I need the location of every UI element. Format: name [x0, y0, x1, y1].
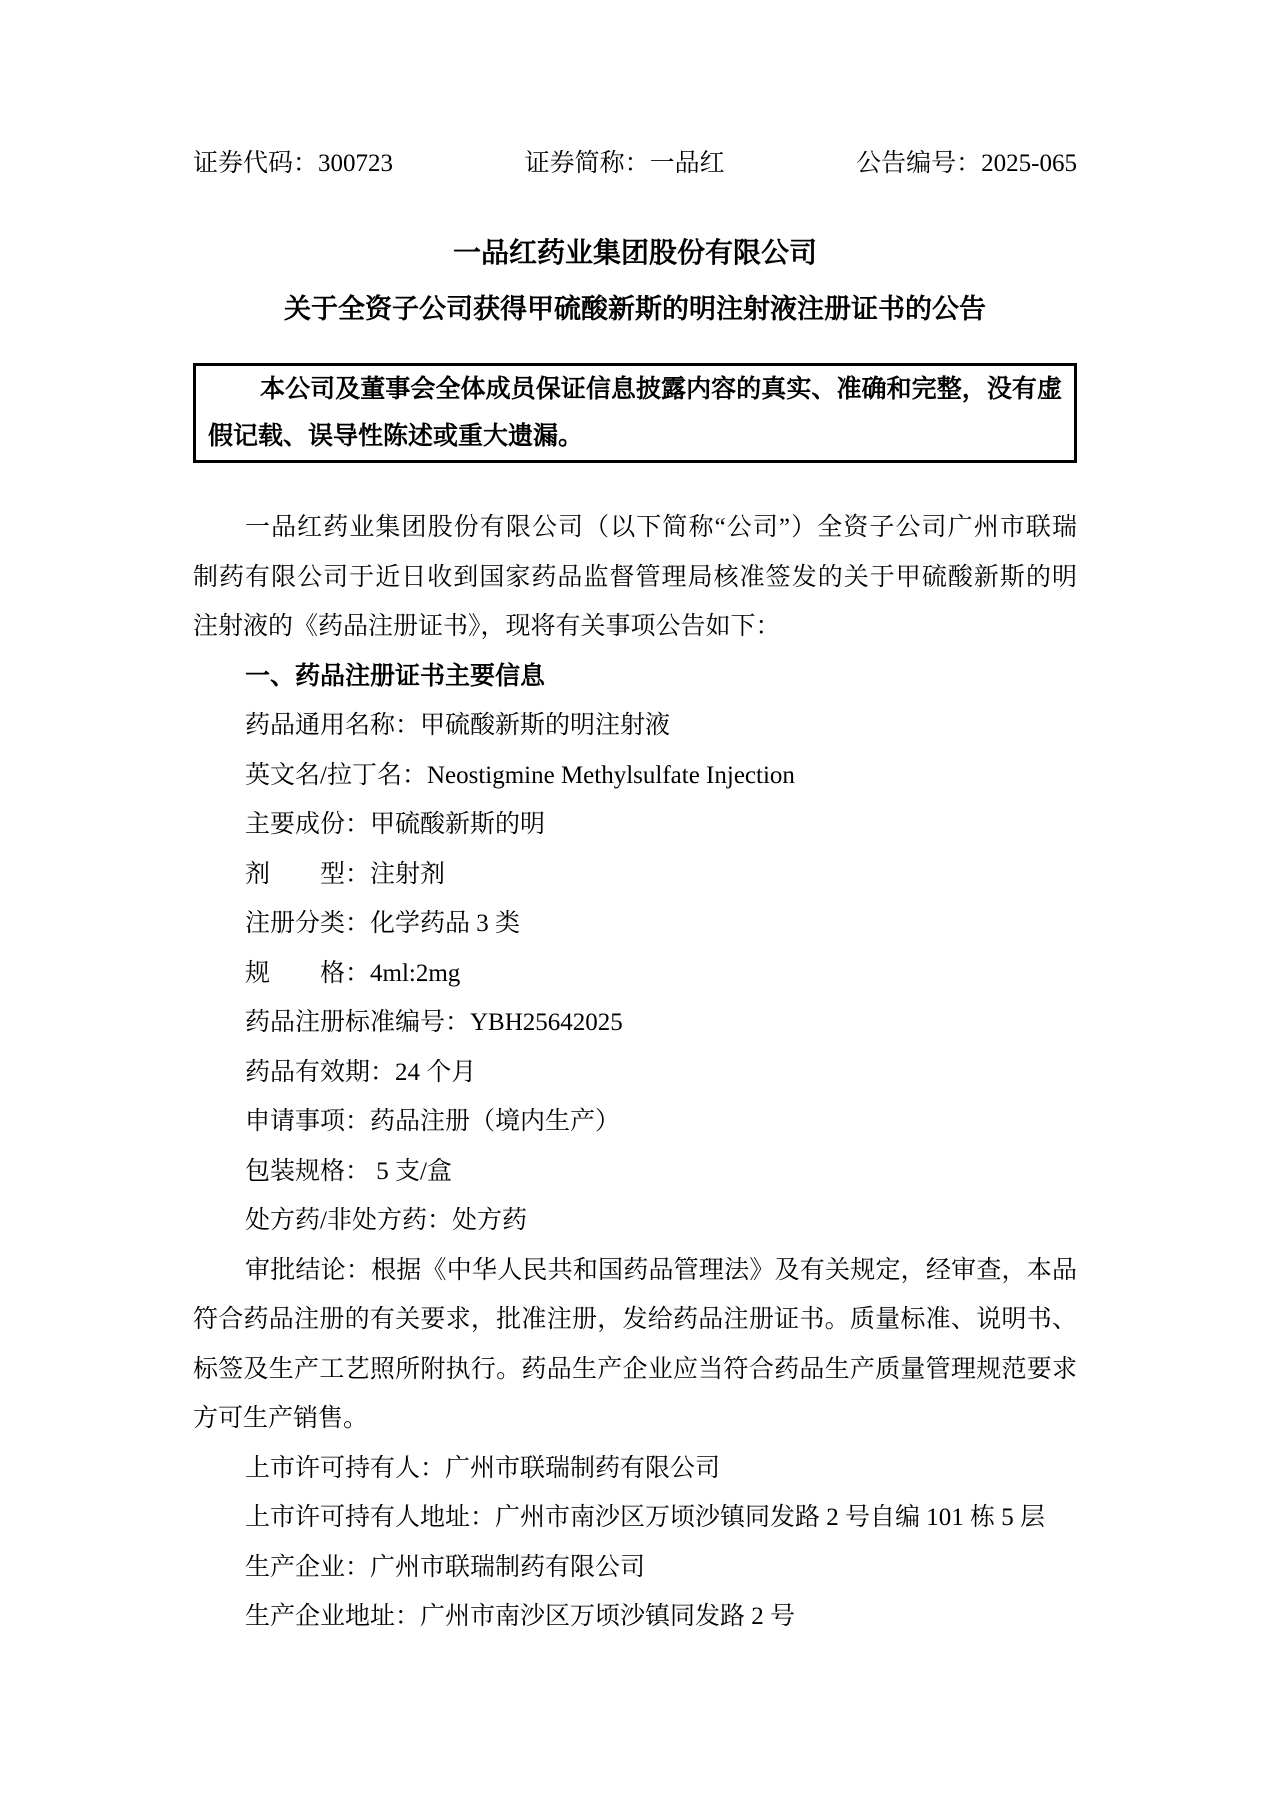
doc-line: 上市许可持有人：广州市联瑞制药有限公司: [193, 1444, 1077, 1494]
doc-line: 方可生产销售。: [193, 1394, 1077, 1444]
stock-abbr: 证券简称：一品红: [525, 148, 725, 180]
disclaimer-line-1: 本公司及董事会全体成员保证信息披露内容的真实、准确和完整，没有虚: [208, 366, 1062, 413]
securities-header-row: 证券代码：300723 证券简称：一品红 公告编号：2025-065: [193, 0, 1077, 180]
doc-line: 药品通用名称：甲硫酸新斯的明注射液: [193, 701, 1077, 751]
announcement-document-page: 证券代码：300723 证券简称：一品红 公告编号：2025-065 一品红药业…: [0, 0, 1269, 1795]
doc-line: 剂 型：注射剂: [193, 850, 1077, 900]
doc-line: 包装规格： 5 支/盒: [193, 1147, 1077, 1197]
document-content: 证券代码：300723 证券简称：一品红 公告编号：2025-065 一品红药业…: [193, 0, 1077, 1642]
doc-line: 申请事项：药品注册（境内生产）: [193, 1097, 1077, 1147]
announcement-title: 关于全资子公司获得甲硫酸新斯的明注射液注册证书的公告: [193, 292, 1077, 326]
doc-line: 注射液的《药品注册证书》，现将有关事项公告如下：: [193, 602, 1077, 652]
doc-line: 标签及生产工艺照所附执行。药品生产企业应当符合药品生产质量管理规范要求: [193, 1345, 1077, 1395]
doc-line: 处方药/非处方药：处方药: [193, 1196, 1077, 1246]
doc-line: 审批结论：根据《中华人民共和国药品管理法》及有关规定，经审查，本品: [193, 1246, 1077, 1296]
doc-line: 主要成份：甲硫酸新斯的明: [193, 800, 1077, 850]
body-text: 一品红药业集团股份有限公司（以下简称“公司”）全资子公司广州市联瑞 制药有限公司…: [193, 503, 1077, 1642]
doc-line: 药品有效期：24 个月: [193, 1048, 1077, 1098]
disclaimer-box: 本公司及董事会全体成员保证信息披露内容的真实、准确和完整，没有虚 假记载、误导性…: [193, 363, 1077, 463]
announcement-number: 公告编号：2025-065: [856, 148, 1077, 180]
stock-code: 证券代码：300723: [193, 148, 393, 180]
doc-line: 上市许可持有人地址：广州市南沙区万顷沙镇同发路 2 号自编 101 栋 5 层: [193, 1493, 1077, 1543]
doc-line: 符合药品注册的有关要求，批准注册，发给药品注册证书。质量标准、说明书、: [193, 1295, 1077, 1345]
doc-line: 药品注册标准编号：YBH25642025: [193, 998, 1077, 1048]
doc-line: 规 格：4ml:2mg: [193, 949, 1077, 999]
doc-line: 注册分类：化学药品 3 类: [193, 899, 1077, 949]
doc-line: 制药有限公司于近日收到国家药品监督管理局核准签发的关于甲硫酸新斯的明: [193, 553, 1077, 603]
disclaimer-line-2: 假记载、误导性陈述或重大遗漏。: [208, 413, 1062, 460]
doc-line: 一品红药业集团股份有限公司（以下简称“公司”）全资子公司广州市联瑞: [193, 503, 1077, 553]
section-heading: 一、药品注册证书主要信息: [193, 652, 1077, 702]
doc-line: 生产企业：广州市联瑞制药有限公司: [193, 1543, 1077, 1593]
doc-line: 英文名/拉丁名：Neostigmine Methylsulfate Inject…: [193, 751, 1077, 801]
company-title: 一品红药业集团股份有限公司: [193, 236, 1077, 272]
doc-line: 生产企业地址：广州市南沙区万顷沙镇同发路 2 号: [193, 1592, 1077, 1642]
